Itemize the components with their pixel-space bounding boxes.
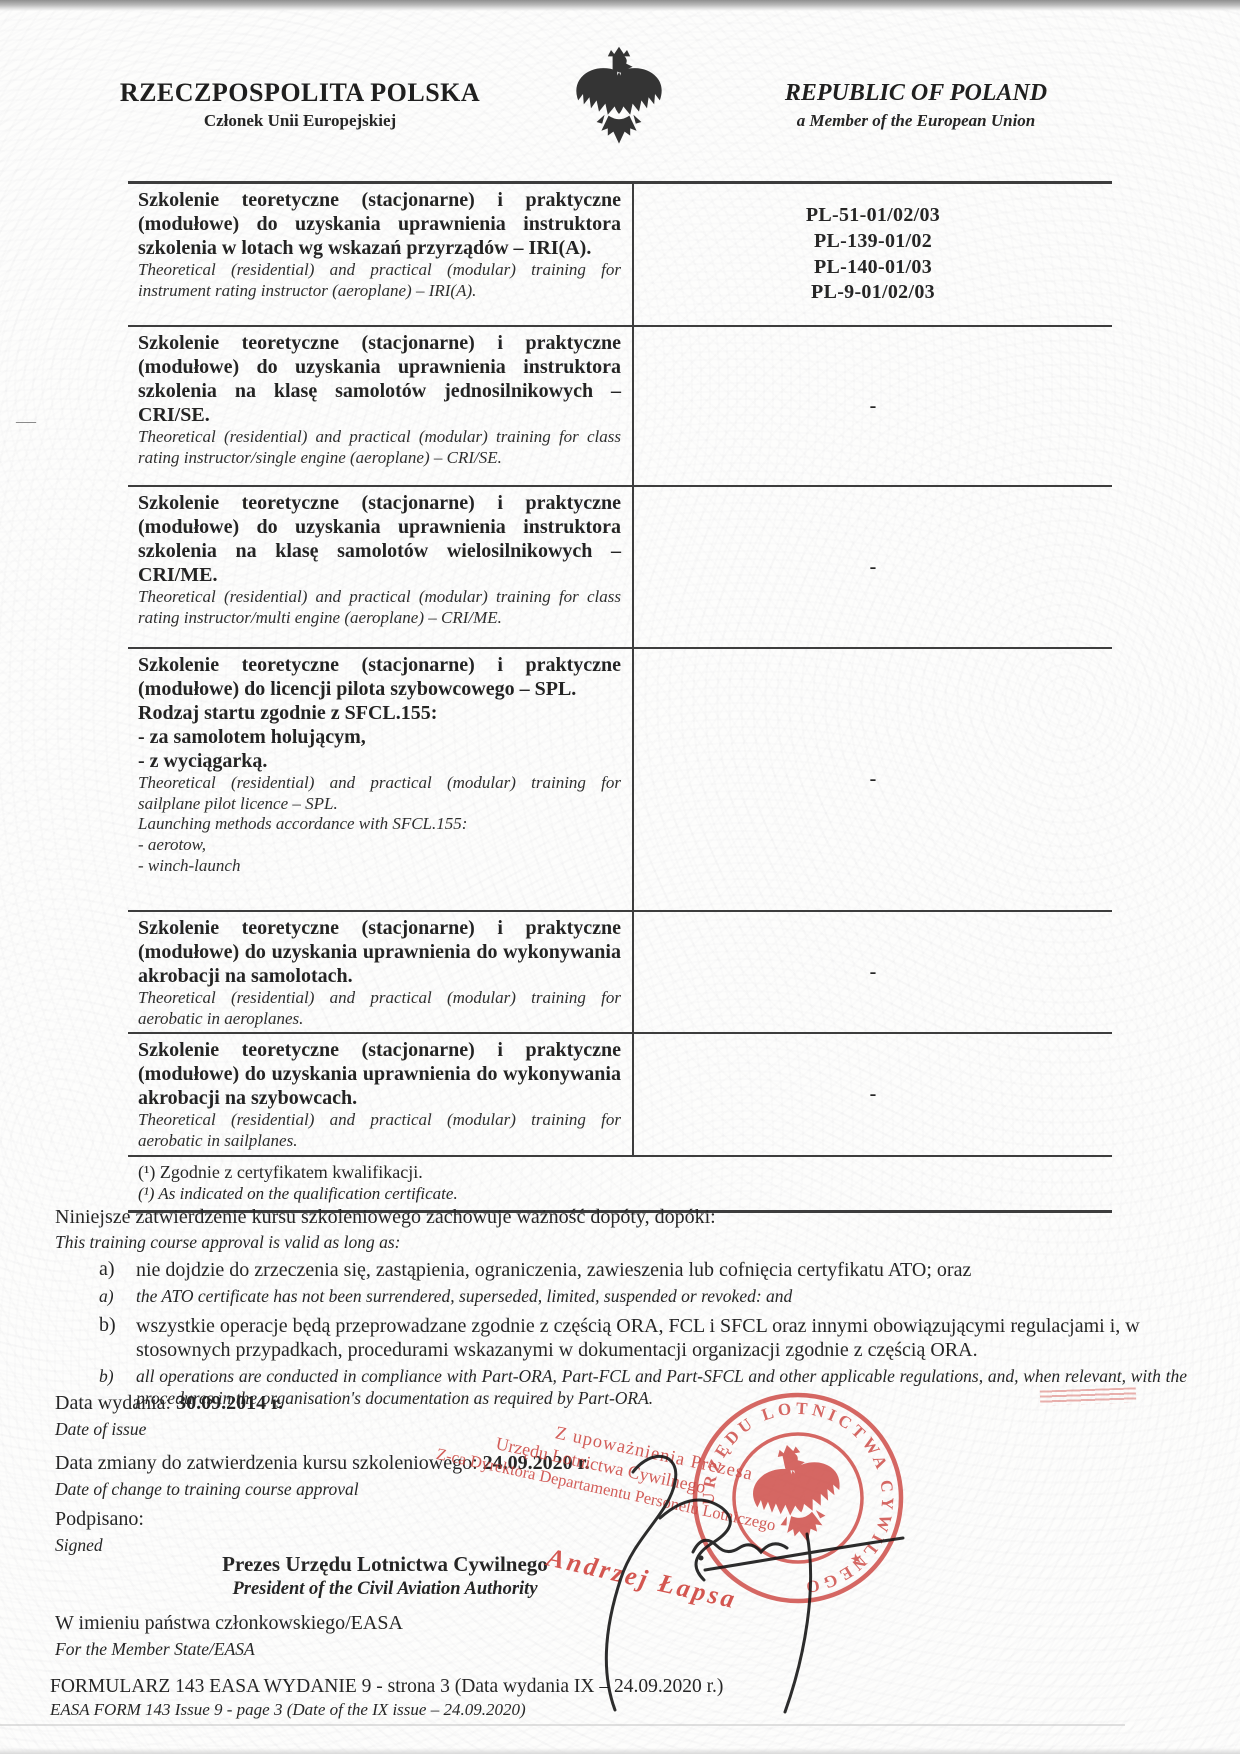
polish-eagle-icon (568, 46, 670, 150)
course-title-en: Theoretical (residential) and practical … (138, 260, 621, 301)
date-of-issue-label-en: Date of issue (55, 1419, 283, 1440)
course-description-cell: Szkolenie teoretyczne (stacjonarne) i pr… (128, 912, 634, 1032)
course-subline-pl: Rodzaj startu zgodnie z SFCL.155: (138, 701, 621, 725)
date-of-issue-label: Data wydania: (55, 1392, 171, 1414)
handwritten-signature-icon (455, 1430, 955, 1720)
country-subtitle-en: a Member of the European Union (708, 111, 1124, 131)
member-state-pl: W imieniu państwa członkowskiego/EASA (55, 1612, 403, 1635)
item-text-en: the ATO certificate has not been surrend… (136, 1286, 1187, 1308)
course-title-en: Theoretical (residential) and practical … (138, 773, 621, 814)
approval-dash: - (870, 556, 877, 579)
course-title-en: Theoretical (residential) and practical … (138, 988, 621, 1029)
course-title-en: Theoretical (residential) and practical … (138, 587, 621, 628)
course-description-cell: Szkolenie teoretyczne (stacjonarne) i pr… (128, 327, 634, 485)
member-state-block: W imieniu państwa członkowskiego/EASA Fo… (55, 1612, 403, 1660)
table-footnotes: (¹) Zgodnie z certyfikatem kwalifikacji.… (128, 1157, 1112, 1213)
course-subline-en: - winch-launch (138, 856, 621, 877)
course-title-pl: Szkolenie teoretyczne (stacjonarne) i pr… (138, 1038, 621, 1110)
approval-number: PL-139-01/02 (814, 229, 932, 255)
approval-dash: - (870, 1083, 877, 1106)
footnote-en: (¹) As indicated on the qualification ce… (138, 1183, 1102, 1204)
approval-dash: - (870, 395, 877, 418)
header-english: REPUBLIC OF POLAND a Member of the Europ… (708, 80, 1124, 131)
signed-label-pl: Podpisano: (55, 1508, 144, 1531)
scan-edge-top (0, 0, 1240, 11)
footnote-pl: (¹) Zgodnie z certyfikatem kwalifikacji. (138, 1161, 1102, 1184)
course-title-pl: Szkolenie teoretyczne (stacjonarne) i pr… (138, 653, 621, 701)
course-title-pl: Szkolenie teoretyczne (stacjonarne) i pr… (138, 331, 621, 427)
signed-block: Podpisano: Signed (55, 1508, 144, 1556)
table-row-cri-se: Szkolenie teoretyczne (stacjonarne) i pr… (128, 327, 1112, 487)
table-row-aerobatic-aeroplanes: Szkolenie teoretyczne (stacjonarne) i pr… (128, 912, 1112, 1034)
table-row-aerobatic-sailplanes: Szkolenie teoretyczne (stacjonarne) i pr… (128, 1034, 1112, 1156)
date-of-issue: Data wydania: 30.09.2014 r. Date of issu… (55, 1392, 283, 1440)
course-title-en: Theoretical (residential) and practical … (138, 427, 621, 468)
training-approvals-table: Szkolenie teoretyczne (stacjonarne) i pr… (128, 181, 1112, 1213)
item-marker: a) (99, 1286, 136, 1308)
validity-item-a-en: a) the ATO certificate has not been surr… (55, 1286, 1187, 1308)
approval-number: PL-140-01/03 (814, 255, 932, 281)
course-title-pl: Szkolenie teoretyczne (stacjonarne) i pr… (138, 491, 621, 587)
approval-numbers-cell: - (634, 649, 1112, 910)
approval-dash: - (870, 768, 877, 791)
course-description-cell: Szkolenie teoretyczne (stacjonarne) i pr… (128, 184, 634, 325)
date-of-change-label: Data zmiany do zatwierdzenia kursu szkol… (55, 1452, 478, 1474)
table-row-iri: Szkolenie teoretyczne (stacjonarne) i pr… (128, 184, 1112, 327)
signed-label-en: Signed (55, 1535, 144, 1556)
item-text-pl: nie dojdzie do zrzeczenia się, zastąpien… (136, 1258, 1187, 1283)
item-marker: a) (99, 1258, 136, 1283)
validity-section: Niniejsze zatwierdzenie kursu szkoleniow… (55, 1206, 1187, 1410)
country-title-en: REPUBLIC OF POLAND (708, 80, 1124, 107)
course-title-en: Theoretical (residential) and practical … (138, 1110, 621, 1151)
approval-numbers-cell: PL-51-01/02/03 PL-139-01/02 PL-140-01/03… (634, 184, 1112, 325)
course-subline-en: - aerotow, (138, 835, 621, 856)
country-subtitle-pl: Członek Unii Europejskiej (92, 111, 508, 131)
date-of-issue-value: 30.09.2014 r. (176, 1392, 283, 1414)
scan-artifact-line (0, 1724, 1125, 1726)
approval-numbers-cell: - (634, 1034, 1112, 1154)
validity-intro-en: This training course approval is valid a… (55, 1232, 1187, 1252)
scan-edge-bottom (0, 1748, 1240, 1754)
item-text-en: all operations are conducted in complian… (136, 1366, 1187, 1410)
course-description-cell: Szkolenie teoretyczne (stacjonarne) i pr… (128, 649, 634, 910)
member-state-en: For the Member State/EASA (55, 1639, 403, 1660)
validity-item-a-pl: a) nie dojdzie do zrzeczenia się, zastąp… (55, 1258, 1187, 1283)
approval-dash: - (870, 961, 877, 984)
validity-intro-pl: Niniejsze zatwierdzenie kursu szkoleniow… (55, 1206, 1187, 1229)
approval-numbers-cell: - (634, 327, 1112, 485)
course-description-cell: Szkolenie teoretyczne (stacjonarne) i pr… (128, 1034, 634, 1154)
item-marker: b) (99, 1314, 136, 1363)
table-row-cri-me: Szkolenie teoretyczne (stacjonarne) i pr… (128, 487, 1112, 649)
item-text-pl: wszystkie operacje będą przeprowadzane z… (136, 1314, 1187, 1363)
course-title-pl: Szkolenie teoretyczne (stacjonarne) i pr… (138, 188, 621, 260)
validity-item-b-pl: b) wszystkie operacje będą przeprowadzan… (55, 1314, 1187, 1363)
header-polish: RZECZPOSPOLITA POLSKA Członek Unii Europ… (92, 78, 508, 131)
date-of-issue-line: Data wydania: 30.09.2014 r. (55, 1392, 283, 1415)
scan-margin-mark: — (16, 410, 36, 433)
country-title-pl: RZECZPOSPOLITA POLSKA (92, 78, 508, 108)
approval-numbers-cell: - (634, 912, 1112, 1032)
course-subline-pl: - z wyciągarką. (138, 749, 621, 773)
approval-numbers-cell: - (634, 487, 1112, 647)
approval-number: PL-9-01/02/03 (811, 280, 935, 306)
course-subline-en: Launching methods accordance with SFCL.1… (138, 814, 621, 835)
course-subline-pl: - za samolotem holującym, (138, 725, 621, 749)
course-description-cell: Szkolenie teoretyczne (stacjonarne) i pr… (128, 487, 634, 647)
table-row-spl: Szkolenie teoretyczne (stacjonarne) i pr… (128, 649, 1112, 912)
approval-number: PL-51-01/02/03 (806, 203, 940, 229)
course-title-pl: Szkolenie teoretyczne (stacjonarne) i pr… (138, 916, 621, 988)
